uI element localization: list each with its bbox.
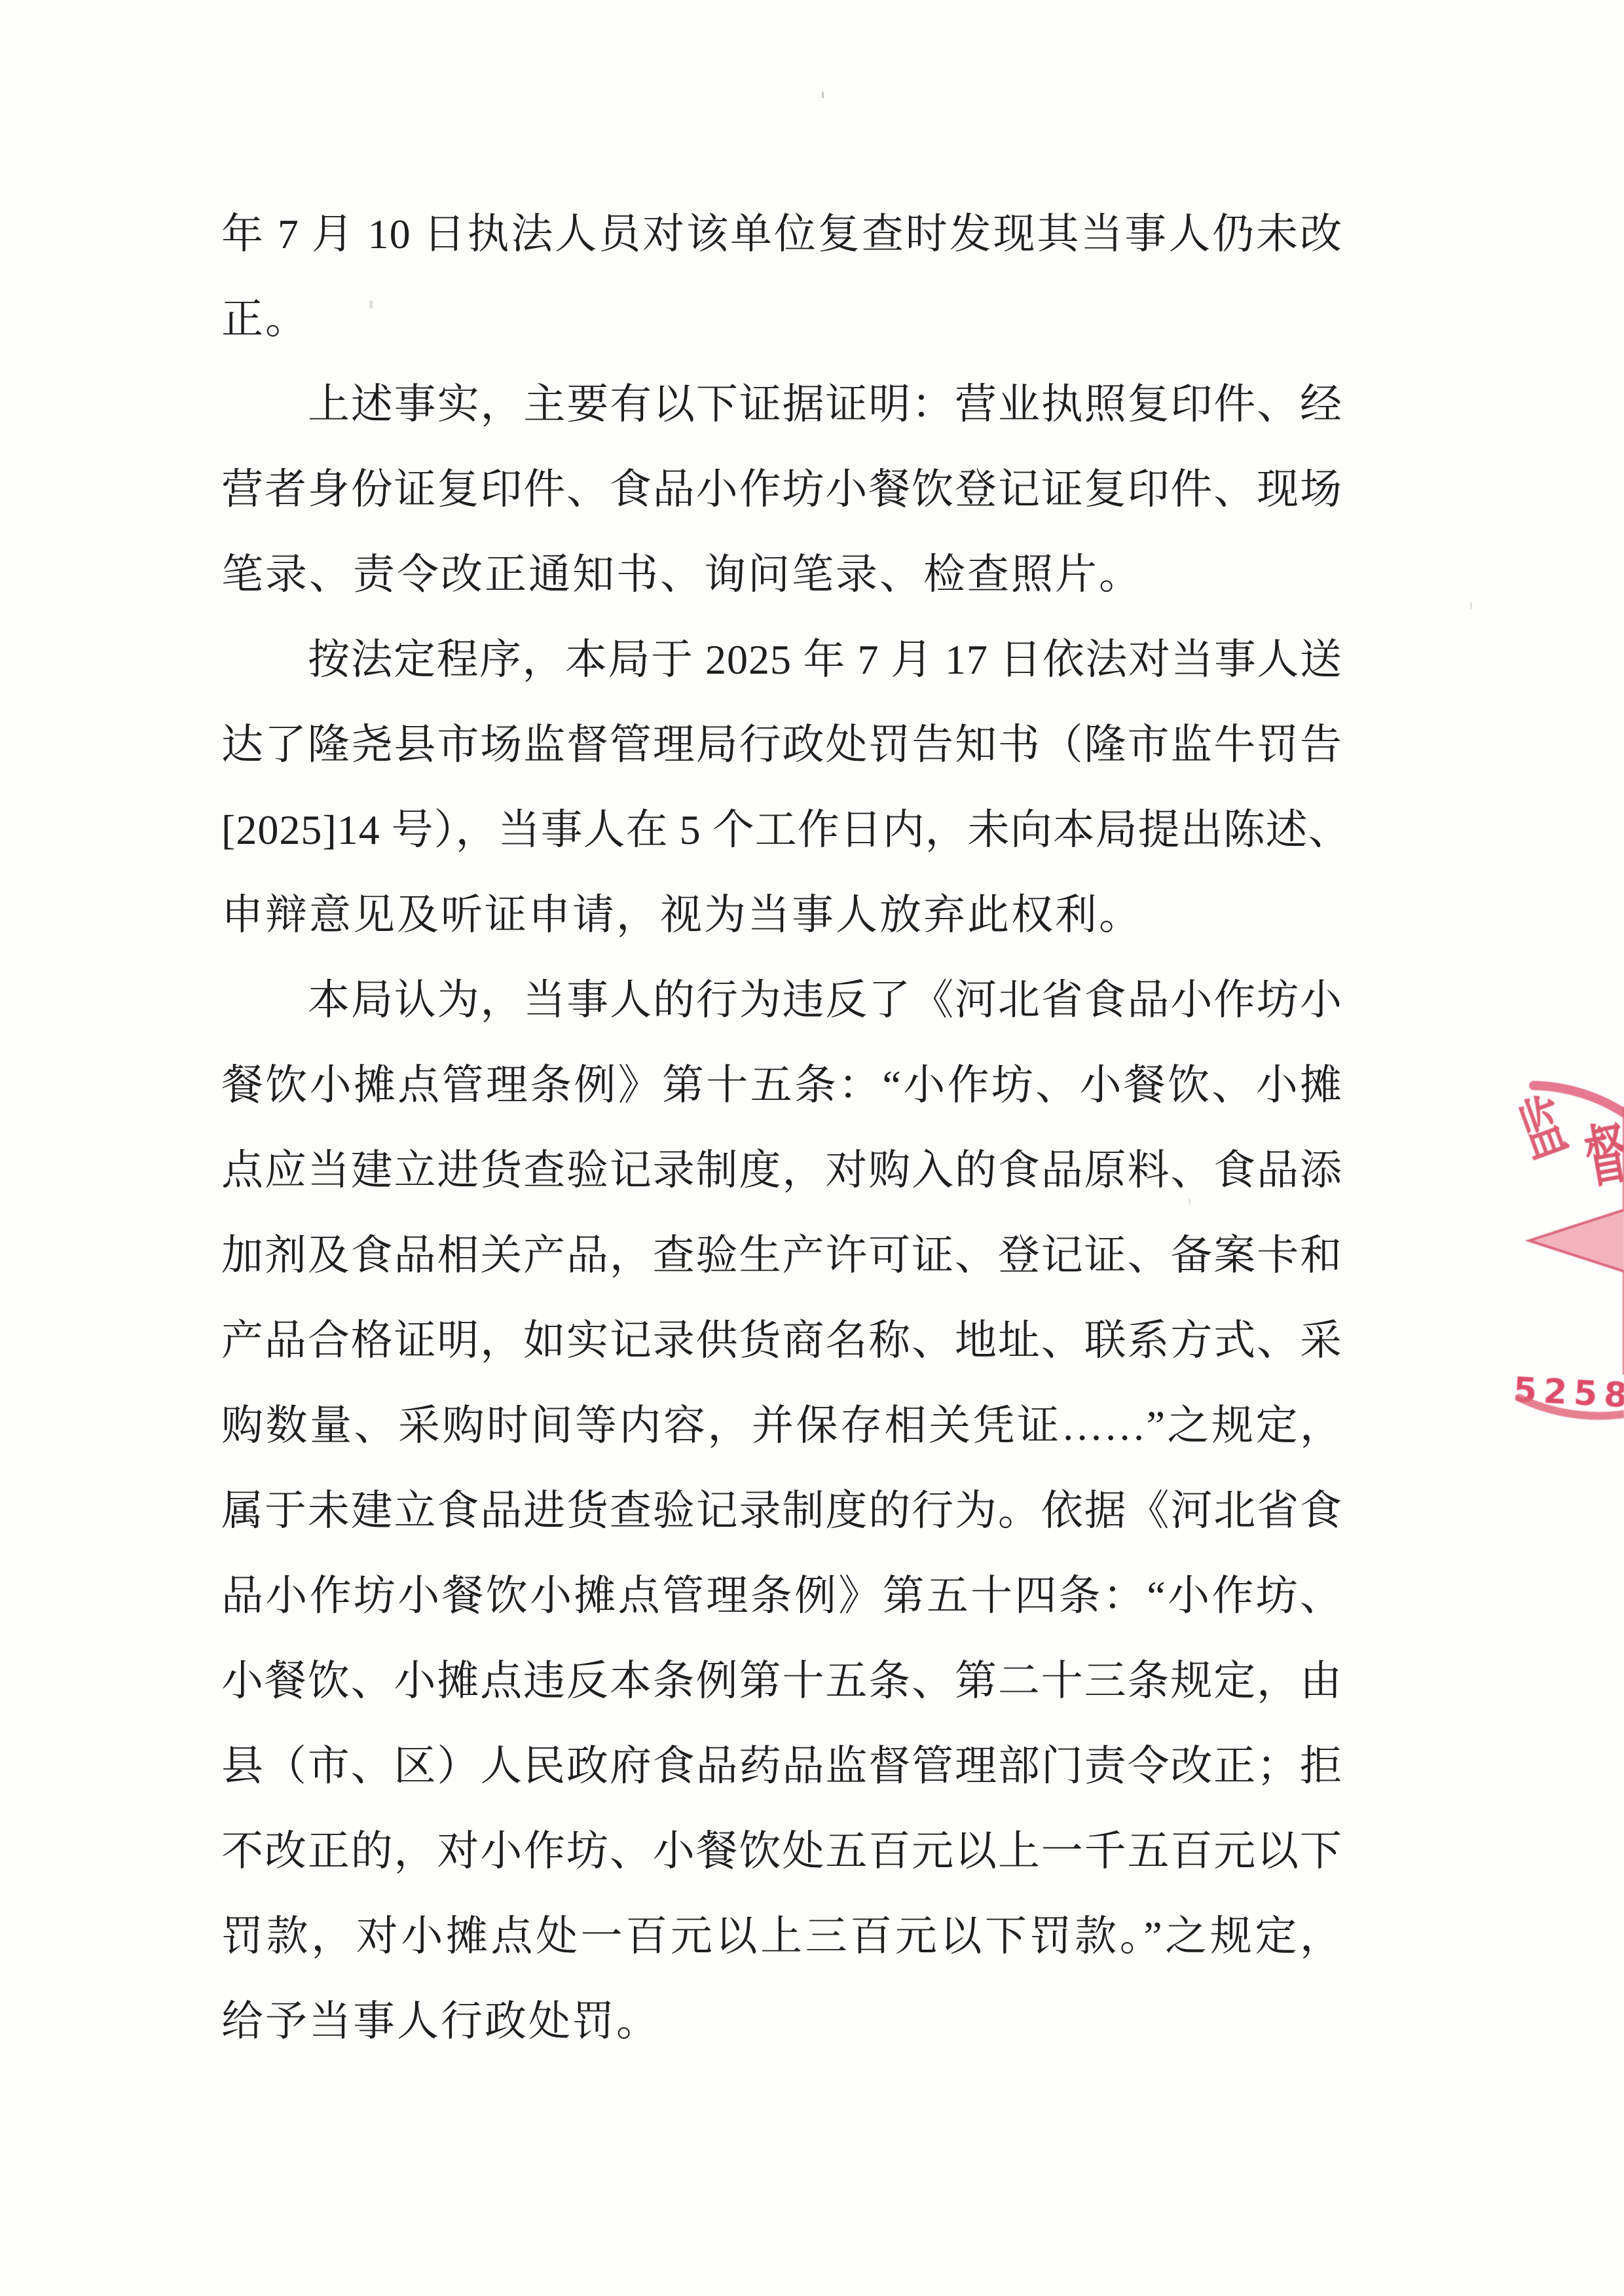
text-line: 点应当建立进货查验记录制度，对购入的食品原料、食品添: [221, 1128, 1342, 1213]
text-line: 给予当事人行政处罚。: [221, 1979, 1342, 2064]
text-line: 年 7 月 10 日执法人员对该单位复查时发现其当事人仍未改: [221, 192, 1342, 277]
text-line: [2025]14 号），当事人在 5 个工作日内，未向本局提出陈述、: [221, 788, 1342, 873]
seal-ring-char-du: 督: [1579, 1116, 1624, 1196]
text-line: 产品合格证明，如实记录供货商名称、地址、联系方式、采: [221, 1298, 1342, 1383]
text-line: 小餐饮、小摊点违反本条例第十五条、第二十三条规定，由: [221, 1639, 1342, 1724]
text-line: 达了隆尧县市场监督管理局行政处罚告知书（隆市监牛罚告: [221, 702, 1342, 788]
text-line: 罚款，对小摊点处一百元以上三百元以下罚款。”之规定，: [221, 1894, 1342, 1979]
text-line: 申辩意见及听证申请，视为当事人放弃此权利。: [221, 873, 1342, 958]
document-text: 年 7 月 10 日执法人员对该单位复查时发现其当事人仍未改正。上述事实，主要有…: [221, 192, 1342, 2064]
text-line: 购数量、采购时间等内容，并保存相关凭证……”之规定，: [221, 1383, 1342, 1468]
text-line: 本局认为，当事人的行为违反了《河北省食品小作坊小: [221, 958, 1342, 1043]
seal-ring-char-jian: 监: [1511, 1088, 1575, 1172]
scanned-document-page: 年 7 月 10 日执法人员对该单位复查时发现其当事人仍未改正。上述事实，主要有…: [0, 0, 1624, 2296]
text-line: 属于未建立食品进货查验记录制度的行为。依据《河北省食: [221, 1468, 1342, 1554]
text-line: 上述事实，主要有以下证据证明：营业执照复印件、经: [221, 362, 1342, 447]
text-line: 正。: [221, 277, 1342, 362]
scan-speckles: [822, 92, 824, 98]
text-line: 笔录、责令改正通知书、询问笔录、检查照片。: [221, 532, 1342, 617]
text-line: 县（市、区）人民政府食品药品监督管理部门责令改正；拒: [221, 1724, 1342, 1809]
official-seal-stamp: 监 督 52581: [1500, 1048, 1624, 1440]
text-line: 品小作坊小餐饮小摊点管理条例》第五十四条：“小作坊、: [221, 1554, 1342, 1639]
text-line: 不改正的，对小作坊、小餐饮处五百元以上一千五百元以下: [221, 1809, 1342, 1894]
text-line: 餐饮小摊点管理条例》第十五条：“小作坊、小餐饮、小摊: [221, 1043, 1342, 1128]
text-line: 加剂及食品相关产品，查验生产许可证、登记证、备案卡和: [221, 1213, 1342, 1298]
text-line: 营者身份证复印件、食品小作坊小餐饮登记证复印件、现场: [221, 447, 1342, 532]
text-line: 按法定程序，本局于 2025 年 7 月 17 日依法对当事人送: [221, 617, 1342, 702]
